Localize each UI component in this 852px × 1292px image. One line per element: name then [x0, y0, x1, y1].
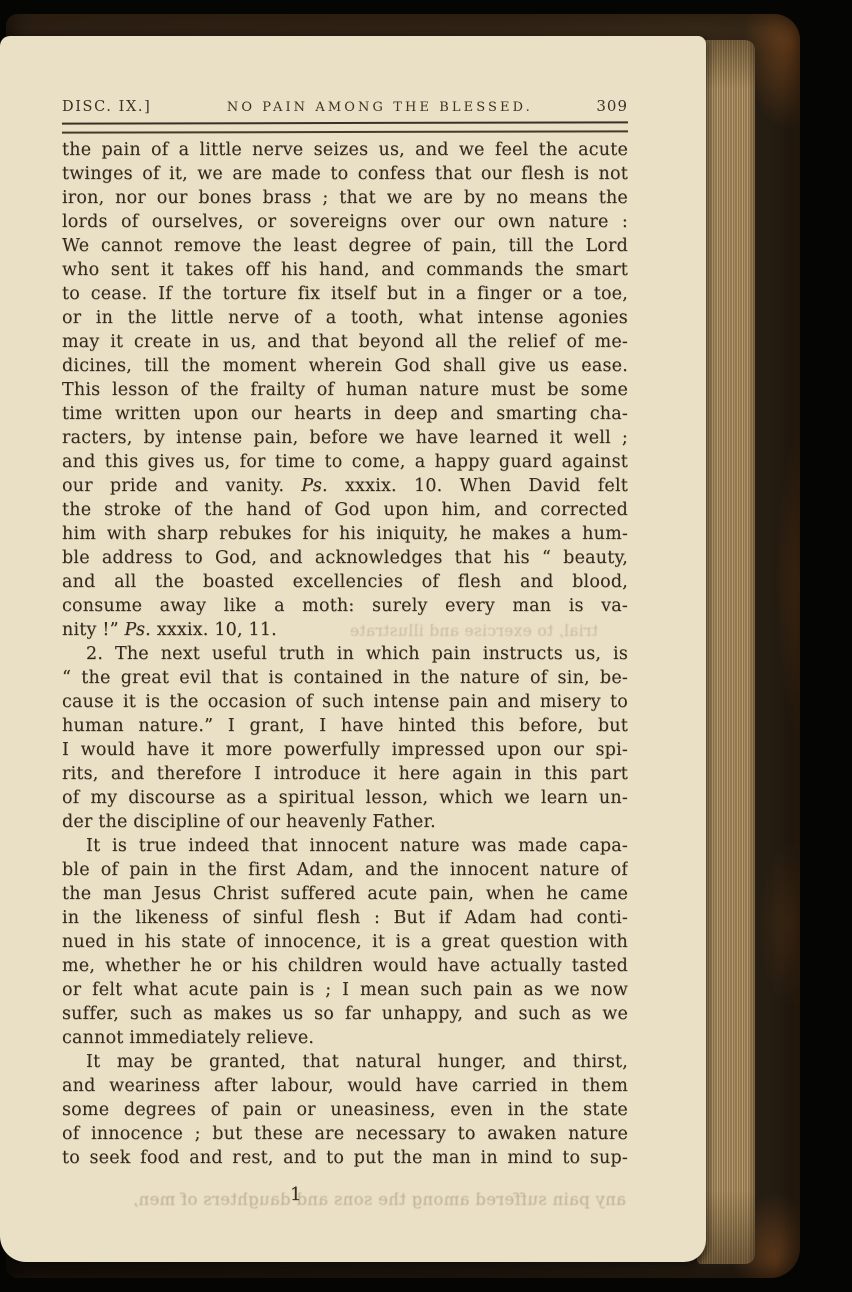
text-line: cause it is the occasion of such intense… — [62, 690, 628, 714]
text-line: 2. The next useful truth in which pain i… — [62, 642, 628, 666]
text-line: the man Jesus Christ suffered acute pain… — [62, 882, 628, 906]
text-line: racters, by intense pain, before we have… — [62, 426, 628, 450]
text-line: and weariness after labour, would have c… — [62, 1074, 628, 1098]
signature-mark: 1 — [62, 1184, 628, 1206]
text-line: der the discipline of our heavenly Fathe… — [62, 810, 628, 834]
text-line: I would have it more powerfully impresse… — [62, 738, 628, 762]
text-line: me, whether he or his children would hav… — [62, 954, 628, 978]
text-line: of innocence ; but these are necessary t… — [62, 1122, 628, 1146]
text-line: nued in his state of innocence, it is a … — [62, 930, 628, 954]
text-line: consume away like a moth: surely every m… — [62, 594, 628, 618]
text-line: lords of ourselves, or sovereigns over o… — [62, 210, 628, 234]
text-line: human nature.” I grant, I have hinted th… — [62, 714, 628, 738]
text-line: and this gives us, for time to come, a h… — [62, 450, 628, 474]
head-rule — [62, 121, 628, 133]
text-line: the pain of a little nerve seizes us, an… — [62, 138, 628, 162]
running-title: NO PAIN AMONG THE BLESSED. — [227, 100, 533, 115]
text-line: the stroke of the hand of God upon him, … — [62, 498, 628, 522]
page-number: 309 — [596, 97, 628, 115]
text-line: “ the great evil that is contained in th… — [62, 666, 628, 690]
body-text: the pain of a little nerve seizes us, an… — [62, 138, 628, 1170]
text-line: It may be granted, that natural hunger, … — [62, 1050, 628, 1074]
text-line: cannot immediately relieve. — [62, 1026, 628, 1050]
running-head: DISC. IX.] NO PAIN AMONG THE BLESSED. 30… — [62, 97, 628, 119]
text-line: suffer, such as makes us so far unhappy,… — [62, 1002, 628, 1026]
text-line: in the likeness of sinful flesh : But if… — [62, 906, 628, 930]
text-line: nity !” Ps. xxxix. 10, 11. — [62, 618, 628, 642]
text-line: It is true indeed that innocent nature w… — [62, 834, 628, 858]
text-line: some degrees of pain or uneasiness, even… — [62, 1098, 628, 1122]
text-line: him with sharp rebukes for his iniquity,… — [62, 522, 628, 546]
text-line: or in the little nerve of a tooth, what … — [62, 306, 628, 330]
text-line: who sent it takes off his hand, and comm… — [62, 258, 628, 282]
text-line: or felt what acute pain is ; I mean such… — [62, 978, 628, 1002]
text-line: rits, and therefore I introduce it here … — [62, 762, 628, 786]
text-line: may it create in us, and that beyond all… — [62, 330, 628, 354]
text-line: of my discourse as a spiritual lesson, w… — [62, 786, 628, 810]
text-line: to cease. If the torture fix itself but … — [62, 282, 628, 306]
scanned-book-page: trial, to exercise and illustrate any pa… — [0, 36, 706, 1262]
text-column: DISC. IX.] NO PAIN AMONG THE BLESSED. 30… — [62, 97, 628, 1206]
text-line: and all the boasted excellencies of fles… — [62, 570, 628, 594]
text-line: ble of pain in the first Adam, and the i… — [62, 858, 628, 882]
text-line: ble address to God, and acknowledges tha… — [62, 546, 628, 570]
text-line: our pride and vanity. Ps. xxxix. 10. Whe… — [62, 474, 628, 498]
text-line: to seek food and rest, and to put the ma… — [62, 1146, 628, 1170]
text-line: This lesson of the frailty of human natu… — [62, 378, 628, 402]
discourse-number: DISC. IX.] — [62, 99, 151, 115]
text-line: dicines, till the moment wherein God sha… — [62, 354, 628, 378]
text-line: We cannot remove the least degree of pai… — [62, 234, 628, 258]
text-line: time written upon our hearts in deep and… — [62, 402, 628, 426]
text-line: iron, nor our bones brass ; that we are … — [62, 186, 628, 210]
text-line: twinges of it, we are made to confess th… — [62, 162, 628, 186]
